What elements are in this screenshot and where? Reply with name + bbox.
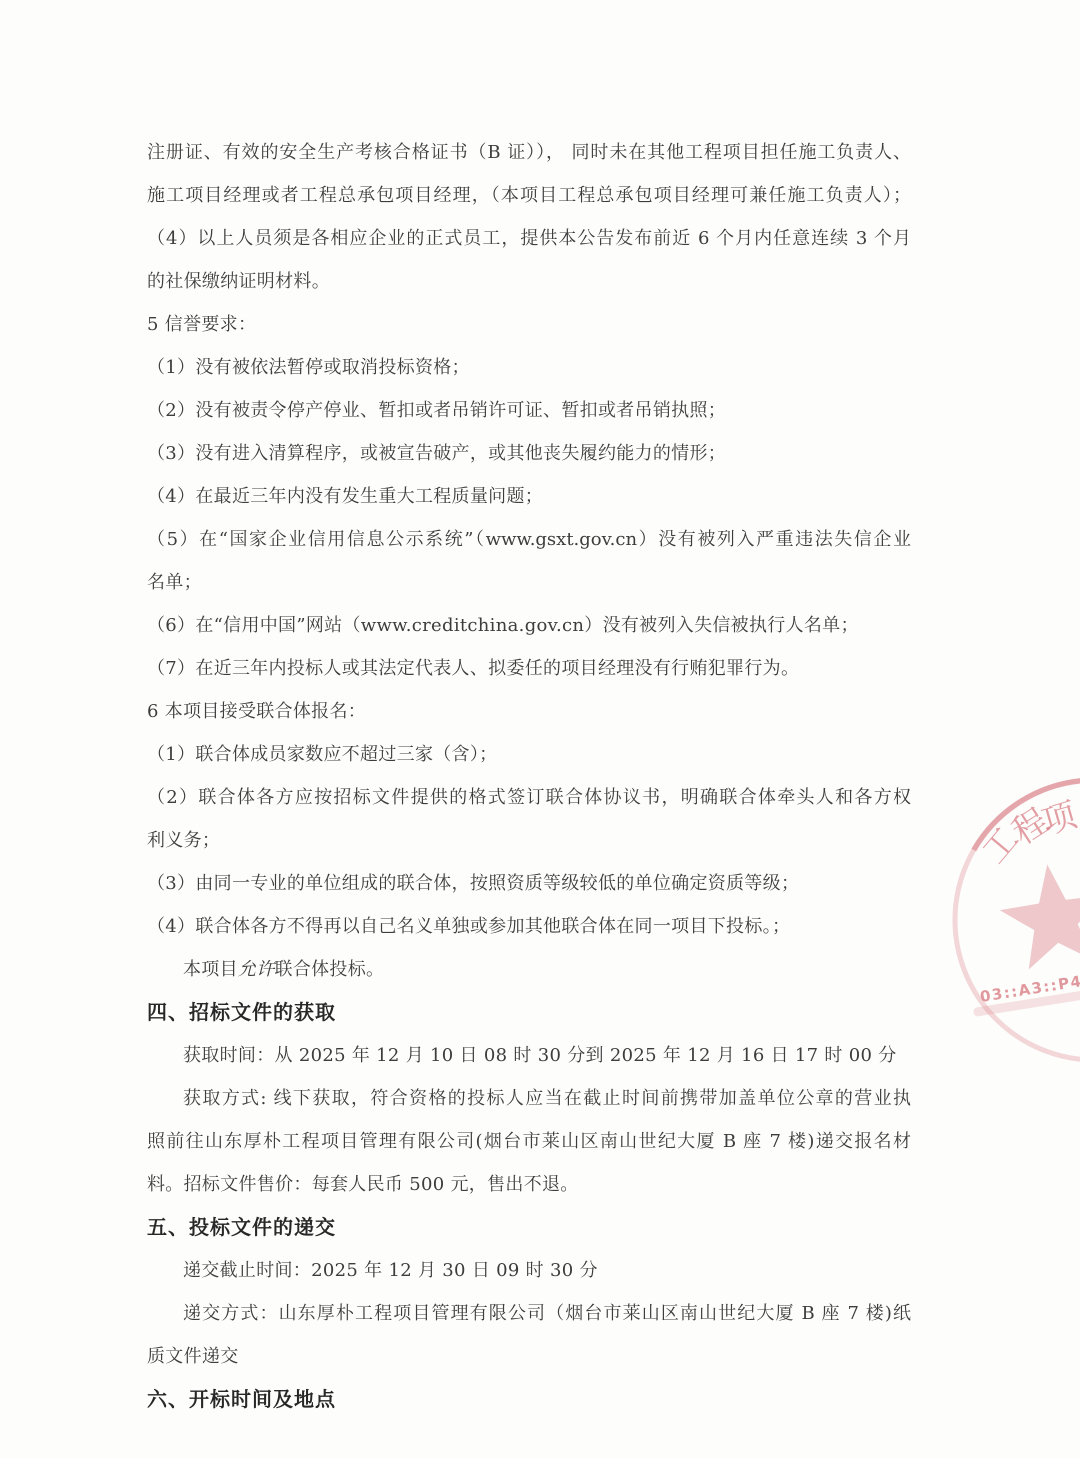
text-line: （2）联合体各方应按招标文件提供的格式签订联合体协议书，明确联合体牵头人和各方权: [147, 776, 911, 819]
text-line: 获取时间：从 2025 年 12 月 10 日 08 时 30 分到 2025 …: [147, 1034, 911, 1077]
text-line: 6 本项目接受联合体报名：: [147, 690, 911, 733]
text-line: （5）在“国家企业信用信息公示系统”（www.gsxt.gov.cn）没有被列入…: [147, 518, 911, 561]
seal-arc-char: 工: [975, 820, 1027, 872]
text-line: （6）在“信用中国”网站（www.creditchina.gov.cn）没有被列…: [147, 604, 911, 647]
official-seal: 工 程 项 03::A3::P4DY04: [925, 750, 1080, 1090]
text-line: （2）没有被责令停产停业、暂扣或者吊销许可证、暂扣或者吊销执照；: [147, 389, 911, 432]
text-line: 注册证、有效的安全生产考核合格证书（B 证））， 同时未在其他工程项目担任施工负…: [147, 131, 911, 174]
text-line: 质文件递交: [147, 1335, 911, 1378]
text-line: （3）没有进入清算程序，或被宣告破产，或其他丧失履约能力的情形；: [147, 432, 911, 475]
text-line: 递交方式：山东厚朴工程项目管理有限公司（烟台市莱山区南山世纪大厦 B 座 7 楼…: [147, 1292, 911, 1335]
star-icon: [994, 857, 1080, 972]
official-seal-graphic: 工 程 项 03::A3::P4DY04: [925, 750, 1080, 1090]
text-line: 获取方式: 线下获取，符合资格的投标人应当在截止时间前携带加盖单位公章的营业执: [147, 1077, 911, 1120]
text-line: （4）联合体各方不得再以自己名义单独或参加其他联合体在同一项目下投标。；: [147, 905, 911, 948]
text-line: 施工项目经理或者工程总承包项目经理，（本项目工程总承包项目经理可兼任施工负责人）…: [147, 174, 911, 217]
text-line: 料。招标文件售价：每套人民币 500 元，售出不退。: [147, 1163, 911, 1206]
text-line: 5 信誉要求：: [147, 303, 911, 346]
section-heading: 五、投标文件的递交: [147, 1206, 911, 1249]
seal-smudge: [973, 988, 1080, 1017]
text-line: 利义务；: [147, 819, 911, 862]
section-heading: 四、招标文件的获取: [147, 991, 911, 1034]
text-line: （4）以上人员须是各相应企业的正式员工，提供本公告发布前近 6 个月内任意连续 …: [147, 217, 911, 260]
text-line: （3）由同一专业的单位组成的联合体，按照资质等级较低的单位确定资质等级；: [147, 862, 911, 905]
text-line: 递交截止时间：2025 年 12 月 30 日 09 时 30 分: [147, 1249, 911, 1292]
text-line: 照前往山东厚朴工程项目管理有限公司(烟台市莱山区南山世纪大厦 B 座 7 楼)递…: [147, 1120, 911, 1163]
seal-code: 03::A3::P4DY04: [979, 964, 1080, 1006]
seal-ring-arc: [974, 780, 1080, 850]
section-heading: 六、开标时间及地点: [147, 1378, 911, 1421]
text-block: 注册证、有效的安全生产考核合格证书（B 证））， 同时未在其他工程项目担任施工负…: [147, 131, 911, 1421]
text-line: （1）联合体成员家数应不超过三家（含）；: [147, 733, 911, 776]
seal-arc-char: 项: [1037, 795, 1080, 843]
text-line: 的社保缴纳证明材料。: [147, 260, 911, 303]
text-line: 名单；: [147, 561, 911, 604]
text-line: （1）没有被依法暂停或取消投标资格；: [147, 346, 911, 389]
seal-ring: [955, 780, 1080, 1060]
text-line: （4）在最近三年内没有发生重大工程质量问题；: [147, 475, 911, 518]
text-line: （7）在近三年内投标人或其法定代表人、拟委任的项目经理没有行贿犯罪行为。: [147, 647, 911, 690]
text-line: 本项目允许联合体投标。: [147, 948, 911, 991]
seal-arc-char: 程: [1005, 801, 1055, 853]
document-page: 注册证、有效的安全生产考核合格证书（B 证））， 同时未在其他工程项目担任施工负…: [0, 0, 1080, 1458]
